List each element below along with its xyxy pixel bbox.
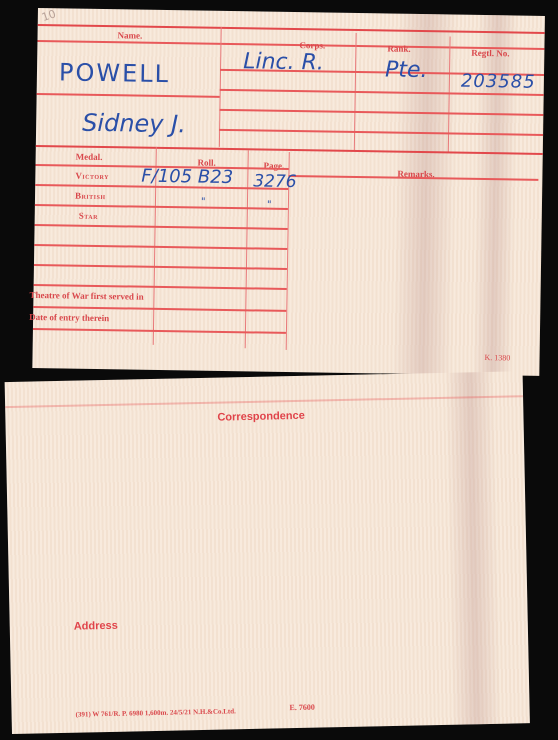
- page-ditto: ": [267, 200, 272, 211]
- header-medal: Medal.: [76, 152, 103, 162]
- rule: [38, 24, 545, 34]
- divider: [245, 150, 249, 348]
- medal-label: Star: [79, 211, 98, 221]
- rule: [35, 224, 288, 229]
- paper-shading: [445, 372, 502, 725]
- date-of-entry-label: Date of entry therein: [29, 312, 109, 323]
- regtl-no-value: 203585: [461, 71, 536, 93]
- pencil-mark: 10: [40, 7, 57, 24]
- rule: [35, 204, 288, 209]
- medal-row-british: British " ": [38, 8, 545, 16]
- medal-index-card-back: Correspondence Address (391) W 761/R. P.…: [5, 371, 530, 734]
- theatre-of-war-label: Theatre of War first served in: [29, 290, 143, 302]
- header-rank: Rank.: [387, 43, 410, 53]
- rule: [34, 244, 287, 249]
- corps-value: Linc. R.: [243, 49, 324, 75]
- rule: [37, 93, 220, 97]
- medal-label: Victory: [75, 171, 109, 182]
- header-corps: Corps.: [299, 40, 325, 50]
- rank-value: Pte.: [385, 57, 428, 83]
- roll-ditto: ": [201, 197, 206, 208]
- rule: [34, 264, 287, 269]
- print-line: (391) W 761/R. P. 6980 1,600m. 24/5/21 N…: [76, 707, 236, 718]
- address-label: Address: [74, 620, 118, 633]
- medal-index-card-front: 10 Name. Corps. Rank. Regtl. No. POWELL …: [32, 8, 545, 376]
- form-code: K. 1380: [484, 353, 510, 362]
- rule: [33, 306, 286, 311]
- back-form-code: E. 7600: [289, 703, 315, 713]
- medal-row-victory: Victory F/105 B23 3276: [38, 8, 545, 16]
- header-name: Name.: [118, 30, 143, 40]
- surname-value: POWELL: [59, 58, 170, 88]
- rule: [34, 284, 287, 289]
- roll-value: F/105 B23: [141, 166, 233, 188]
- rule: [37, 40, 222, 44]
- header-regtl-no: Regtl. No.: [471, 48, 509, 59]
- paper-shading: [472, 15, 518, 376]
- correspondence-label: Correspondence: [217, 410, 305, 424]
- forenames-value: Sidney J.: [82, 109, 186, 139]
- medal-row-star: Star: [38, 8, 545, 16]
- page-value: 3276: [253, 171, 297, 192]
- rule: [33, 328, 286, 333]
- medal-label: British: [75, 191, 106, 201]
